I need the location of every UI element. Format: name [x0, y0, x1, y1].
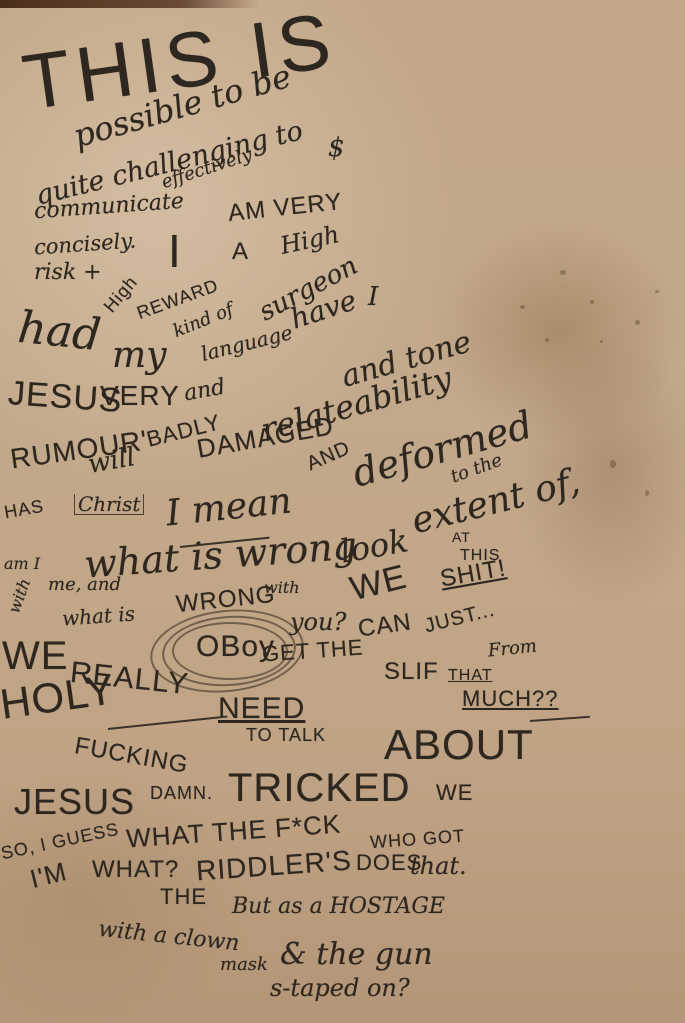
pen-stroke [108, 715, 228, 730]
note-line: TRICKED [228, 768, 411, 808]
note-line: THE [160, 886, 207, 908]
note-line: AM VERY [227, 190, 343, 226]
note-line: WE [436, 782, 473, 804]
stain-speck [655, 290, 659, 293]
stain-speck [645, 490, 649, 496]
note-line: what is wrong [83, 527, 358, 584]
note-line: MUCH?? [462, 688, 558, 710]
note-line: VERY [100, 382, 180, 410]
note-line: language [199, 322, 295, 364]
stain-speck [635, 320, 640, 325]
note-line: with a clown [97, 919, 240, 956]
note-line: I [168, 228, 182, 274]
note-line: High [278, 222, 341, 258]
note-line: mask [220, 956, 268, 974]
note-line: my [112, 338, 166, 374]
note-line: I [368, 284, 378, 310]
note-line: WHAT? [92, 858, 179, 882]
note-line: Christ [74, 494, 144, 515]
note-line: had [16, 306, 103, 358]
stain-speck [610, 460, 616, 468]
note-line: RIDDLER'S [195, 847, 353, 886]
handwritten-note-page: THIS IS possible to be quite challenging… [0, 0, 685, 1023]
note-line: JESUS [14, 784, 135, 820]
stain-speck [600, 340, 603, 343]
note-line: concisely. [33, 230, 136, 258]
stain-speck [560, 270, 566, 275]
note-line: SLIF [384, 660, 439, 684]
note-line: GET THE [261, 636, 364, 665]
note-line: THAT [448, 668, 493, 684]
note-line: JUST... [423, 600, 497, 637]
note-line: High [100, 272, 140, 315]
note-line: But as a HOSTAGE [232, 896, 445, 918]
note-line: ABOUT [384, 724, 534, 766]
note-line: s-taped on? [270, 976, 410, 1000]
note-line: A [232, 240, 249, 264]
stain-speck [590, 300, 594, 304]
note-line: SHIT! [438, 556, 508, 591]
note-line: CAN [357, 610, 413, 641]
page-top-edge-shadow [0, 0, 260, 8]
note-line: & the gun [280, 940, 433, 970]
note-line: NEED [218, 694, 305, 724]
note-line: extent of, [408, 464, 583, 540]
stain-speck [520, 305, 525, 309]
note-line: $ [328, 135, 345, 161]
note-line: From [487, 637, 538, 660]
note-line: AT [452, 530, 471, 544]
note-line: WE [2, 636, 68, 676]
note-line: WHO GOT [369, 827, 465, 852]
note-line: and [182, 377, 227, 406]
note-line: what is [61, 603, 135, 628]
note-line: I mean [164, 484, 293, 533]
note-line: DAMN. [150, 784, 213, 802]
note-line: WHAT THE F*CK [125, 811, 342, 852]
note-line: TO TALK [246, 726, 326, 744]
note-line: risk + [34, 262, 102, 284]
note-line: will [86, 444, 137, 478]
note-line: that. [410, 854, 467, 878]
note-line: with [6, 577, 33, 616]
note-line: FUCKING [73, 734, 190, 778]
note-line: am I [4, 556, 40, 572]
pen-stroke [530, 716, 590, 722]
note-line: with [264, 580, 300, 596]
note-line: I'M [27, 858, 69, 892]
note-line: me, and [48, 576, 121, 594]
stain-speck [545, 338, 549, 342]
note-line: HAS [3, 497, 46, 522]
